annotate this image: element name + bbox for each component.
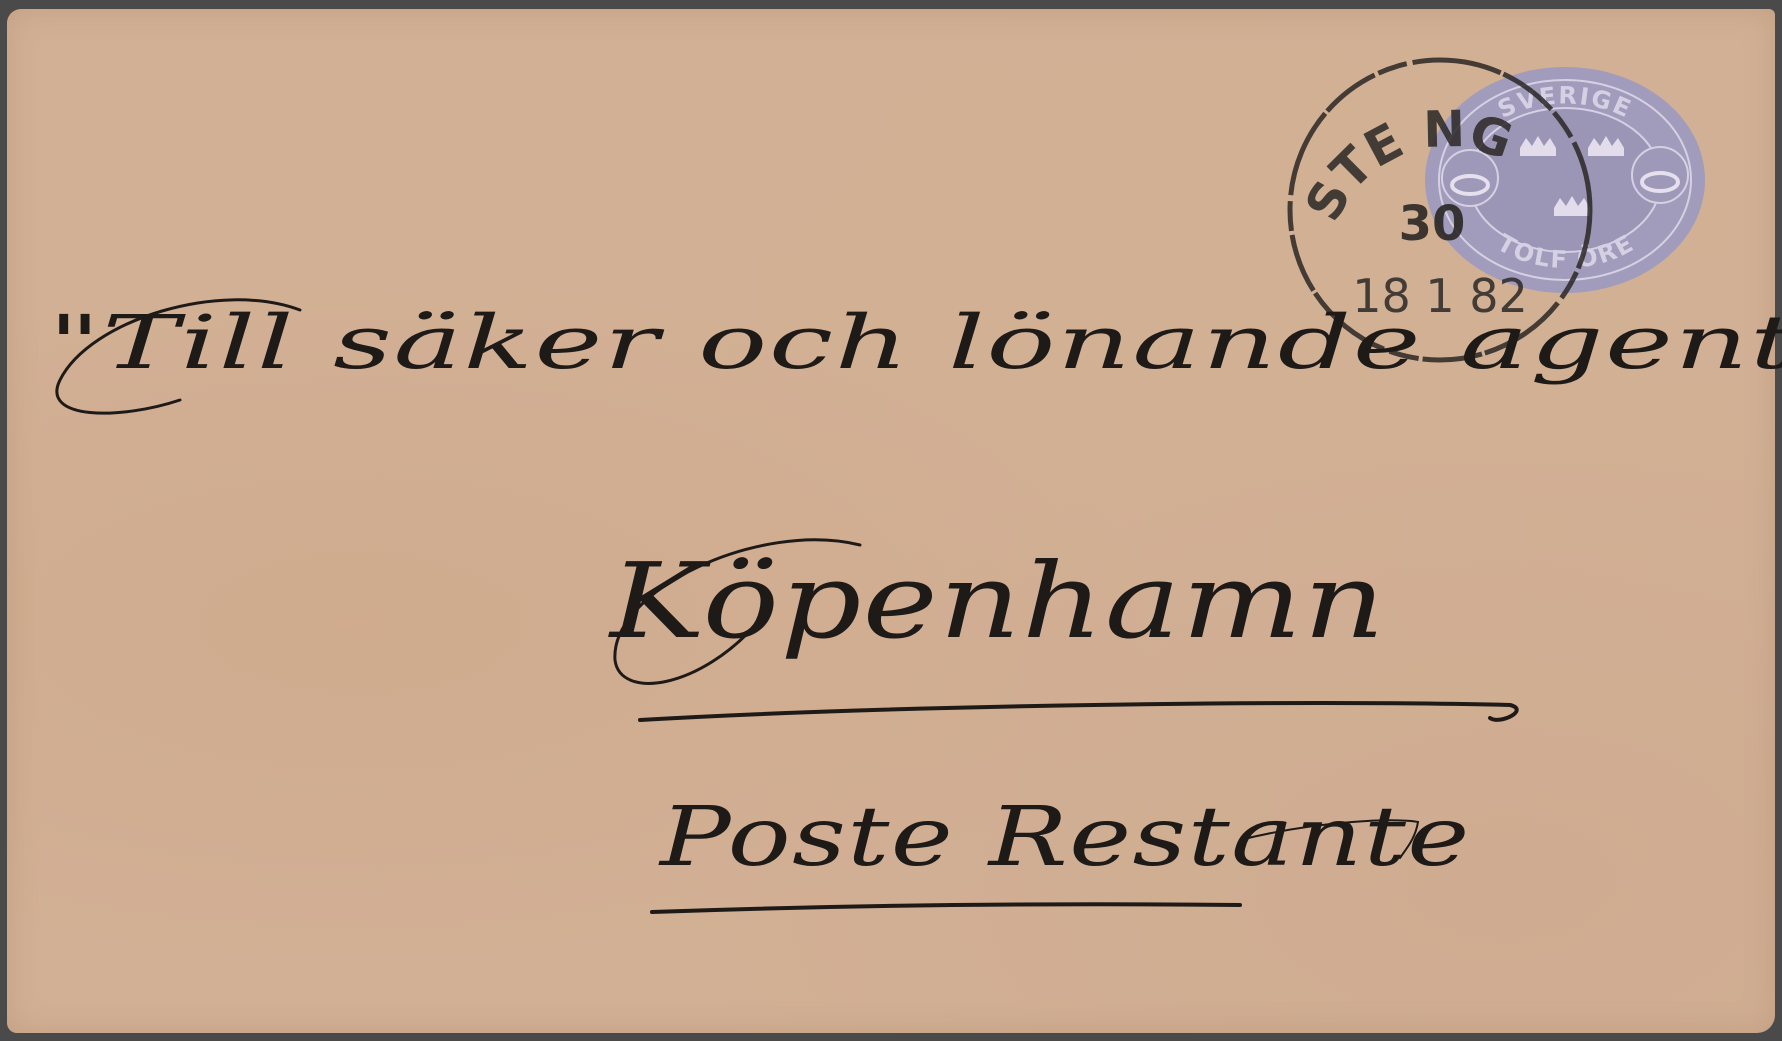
postmark-day: 30: [1399, 196, 1466, 252]
address-line-3: Poste Restante: [660, 790, 1471, 885]
address-line-1: "Till säker och lönande agenter": [48, 300, 1782, 386]
stamp-icon: SVERIGE TOLF ÖRE: [1425, 67, 1705, 293]
address-line-2-city: Köpenhamn: [610, 540, 1386, 662]
